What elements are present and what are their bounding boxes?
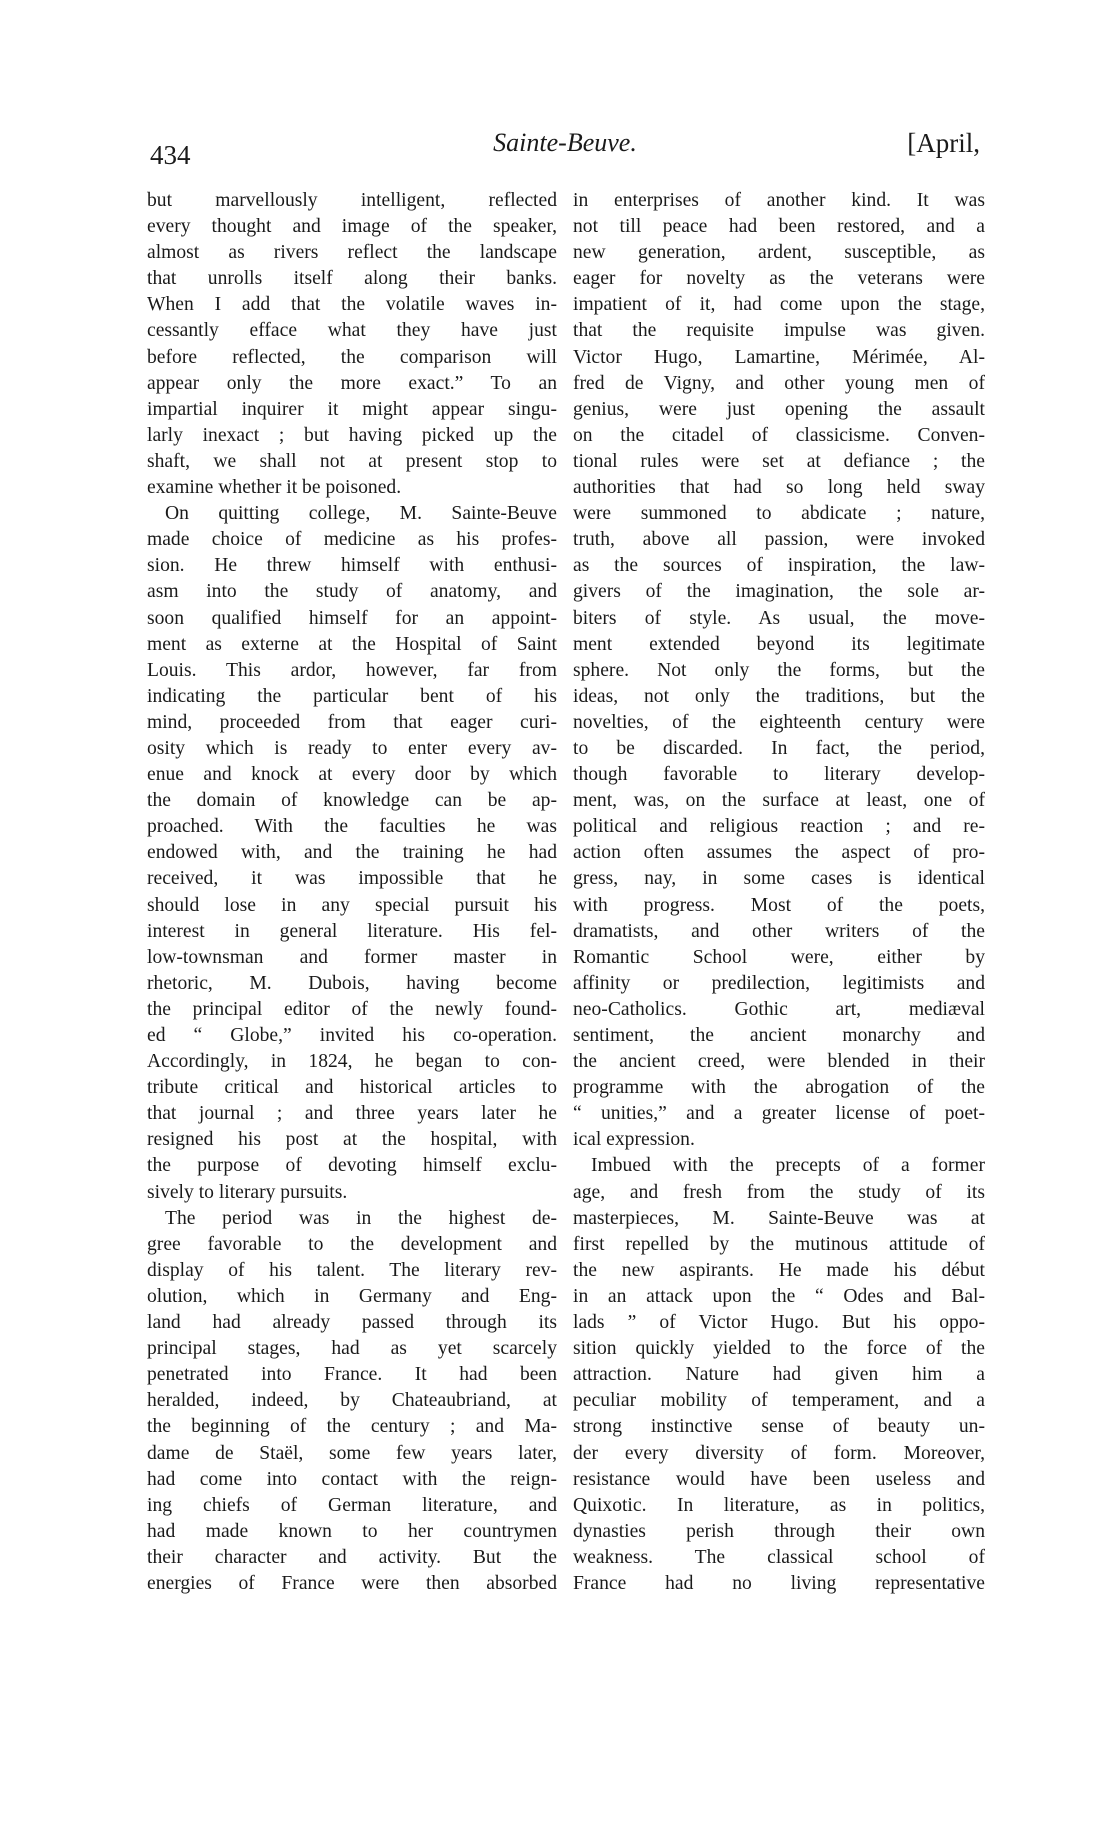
text-line: Victor Hugo, Lamartine, Mérimée, Al- (573, 345, 985, 371)
text-line: dame de Staël, some few years later, (147, 1441, 557, 1467)
text-line: sion. He threw himself with enthusi- (147, 553, 557, 579)
right-column: in enterprises of another kind. It wasno… (573, 188, 985, 1597)
text-line: Quixotic. In literature, as in politics, (573, 1493, 985, 1519)
text-line: Imbued with the precepts of a former (573, 1153, 985, 1179)
text-line: ing chiefs of German literature, and (147, 1493, 557, 1519)
text-line: tional rules were set at defiance ; the (573, 449, 985, 475)
text-line: ideas, not only the traditions, but the (573, 684, 985, 710)
text-line: in an attack upon the “ Odes and Bal- (573, 1284, 985, 1310)
text-line: received, it was impossible that he (147, 866, 557, 892)
text-line: proached. With the faculties he was (147, 814, 557, 840)
text-line: ed “ Globe,” invited his co-operation. (147, 1023, 557, 1049)
text-line: ment as externe at the Hospital of Saint (147, 632, 557, 658)
text-line: ment extended beyond its legitimate (573, 632, 985, 658)
text-line: that journal ; and three years later he (147, 1101, 557, 1127)
text-line: sentiment, the ancient monarchy and (573, 1023, 985, 1049)
text-line: energies of France were then absorbed (147, 1571, 557, 1597)
text-line: the new aspirants. He made his début (573, 1258, 985, 1284)
text-line: shaft, we shall not at present stop to (147, 449, 557, 475)
text-line: Romantic School were, either by (573, 945, 985, 971)
text-line: should lose in any special pursuit his (147, 893, 557, 919)
text-line: givers of the imagination, the sole ar- (573, 579, 985, 605)
text-line: France had no living representative (573, 1571, 985, 1597)
text-line: new generation, ardent, susceptible, as (573, 240, 985, 266)
text-line: mind, proceeded from that eager curi- (147, 710, 557, 736)
text-line: indicating the particular bent of his (147, 684, 557, 710)
text-line: strong instinctive sense of beauty un- (573, 1414, 985, 1440)
text-line: action often assumes the aspect of pro- (573, 840, 985, 866)
text-line: On quitting college, M. Sainte-Beuve (147, 501, 557, 527)
text-line: but marvellously intelligent, reflected (147, 188, 557, 214)
left-column: but marvellously intelligent, reflectede… (147, 188, 557, 1597)
running-title: Sainte-Beuve. (150, 128, 980, 158)
text-line: as the sources of inspiration, the law- (573, 553, 985, 579)
text-line: larly inexact ; but having picked up the (147, 423, 557, 449)
text-line: had made known to her countrymen (147, 1519, 557, 1545)
text-line: had come into contact with the reign- (147, 1467, 557, 1493)
text-line: truth, above all passion, were invoked (573, 527, 985, 553)
text-line: examine whether it be poisoned. (147, 475, 557, 501)
text-line: authorities that had so long held sway (573, 475, 985, 501)
page-header: 434 Sainte-Beuve. [April, (150, 128, 980, 168)
text-line: penetrated into France. It had been (147, 1362, 557, 1388)
text-line: low-townsman and former master in (147, 945, 557, 971)
text-line: heralded, indeed, by Chateaubriand, at (147, 1388, 557, 1414)
text-line: before reflected, the comparison will (147, 345, 557, 371)
text-line: sively to literary pursuits. (147, 1180, 557, 1206)
text-line: Louis. This ardor, however, far from (147, 658, 557, 684)
text-line: appear only the more exact.” To an (147, 371, 557, 397)
text-line: the purpose of devoting himself exclu- (147, 1153, 557, 1179)
text-line: the principal editor of the newly found- (147, 997, 557, 1023)
text-line: ical expression. (573, 1127, 985, 1153)
text-line: political and religious reaction ; and r… (573, 814, 985, 840)
text-line: resistance would have been useless and (573, 1467, 985, 1493)
book-page: 434 Sainte-Beuve. [April, but marvellous… (0, 0, 1120, 1837)
text-line: the beginning of the century ; and Ma- (147, 1414, 557, 1440)
text-line: the ancient creed, were blended in their (573, 1049, 985, 1075)
text-line: that unrolls itself along their banks. (147, 266, 557, 292)
text-line: Accordingly, in 1824, he began to con- (147, 1049, 557, 1075)
text-line: every thought and image of the speaker, (147, 214, 557, 240)
text-line: weakness. The classical school of (573, 1545, 985, 1571)
text-line: enue and knock at every door by which (147, 762, 557, 788)
text-line: osity which is ready to enter every av- (147, 736, 557, 762)
text-line: not till peace had been restored, and a (573, 214, 985, 240)
text-line: programme with the abrogation of the (573, 1075, 985, 1101)
text-line: novelties, of the eighteenth century wer… (573, 710, 985, 736)
text-line: attraction. Nature had given him a (573, 1362, 985, 1388)
text-line: olution, which in Germany and Eng- (147, 1284, 557, 1310)
text-line: masterpieces, M. Sainte-Beuve was at (573, 1206, 985, 1232)
text-line: dramatists, and other writers of the (573, 919, 985, 945)
text-line: “ unities,” and a greater license of poe… (573, 1101, 985, 1127)
text-line: made choice of medicine as his profes- (147, 527, 557, 553)
text-line: peculiar mobility of temperament, and a (573, 1388, 985, 1414)
text-line: their character and activity. But the (147, 1545, 557, 1571)
text-line: biters of style. As usual, the move- (573, 606, 985, 632)
text-line: endowed with, and the training he had (147, 840, 557, 866)
text-line: principal stages, had as yet scarcely (147, 1336, 557, 1362)
text-line: lads ” of Victor Hugo. But his oppo- (573, 1310, 985, 1336)
text-line: almost as rivers reflect the landscape (147, 240, 557, 266)
text-line: were summoned to abdicate ; nature, (573, 501, 985, 527)
text-line: genius, were just opening the assault (573, 397, 985, 423)
text-line: dynasties perish through their own (573, 1519, 985, 1545)
text-line: with progress. Most of the poets, (573, 893, 985, 919)
text-line: affinity or predilection, legitimists an… (573, 971, 985, 997)
text-line: gress, nay, in some cases is identical (573, 866, 985, 892)
text-line: When I add that the volatile waves in- (147, 292, 557, 318)
text-line: tribute critical and historical articles… (147, 1075, 557, 1101)
text-line: asm into the study of anatomy, and (147, 579, 557, 605)
text-line: der every diversity of form. Moreover, (573, 1441, 985, 1467)
text-line: cessantly efface what they have just (147, 318, 557, 344)
text-line: eager for novelty as the veterans were (573, 266, 985, 292)
text-line: age, and fresh from the study of its (573, 1180, 985, 1206)
text-line: sition quickly yielded to the force of t… (573, 1336, 985, 1362)
text-line: neo-Catholics. Gothic art, mediæval (573, 997, 985, 1023)
text-line: impatient of it, had come upon the stage… (573, 292, 985, 318)
text-line: though favorable to literary develop- (573, 762, 985, 788)
running-date: [April, (907, 128, 980, 159)
text-line: rhetoric, M. Dubois, having become (147, 971, 557, 997)
text-line: first repelled by the mutinous attitude … (573, 1232, 985, 1258)
text-line: gree favorable to the development and (147, 1232, 557, 1258)
text-line: sphere. Not only the forms, but the (573, 658, 985, 684)
text-line: The period was in the highest de- (147, 1206, 557, 1232)
text-line: in enterprises of another kind. It was (573, 188, 985, 214)
text-line: display of his talent. The literary rev- (147, 1258, 557, 1284)
text-line: the domain of knowledge can be ap- (147, 788, 557, 814)
text-line: ment, was, on the surface at least, one … (573, 788, 985, 814)
text-line: soon qualified himself for an appoint- (147, 606, 557, 632)
text-line: fred de Vigny, and other young men of (573, 371, 985, 397)
text-line: resigned his post at the hospital, with (147, 1127, 557, 1153)
text-line: land had already passed through its (147, 1310, 557, 1336)
text-line: interest in general literature. His fel- (147, 919, 557, 945)
text-line: on the citadel of classicisme. Conven- (573, 423, 985, 449)
text-line: impartial inquirer it might appear singu… (147, 397, 557, 423)
text-line: that the requisite impulse was given. (573, 318, 985, 344)
text-line: to be discarded. In fact, the period, (573, 736, 985, 762)
